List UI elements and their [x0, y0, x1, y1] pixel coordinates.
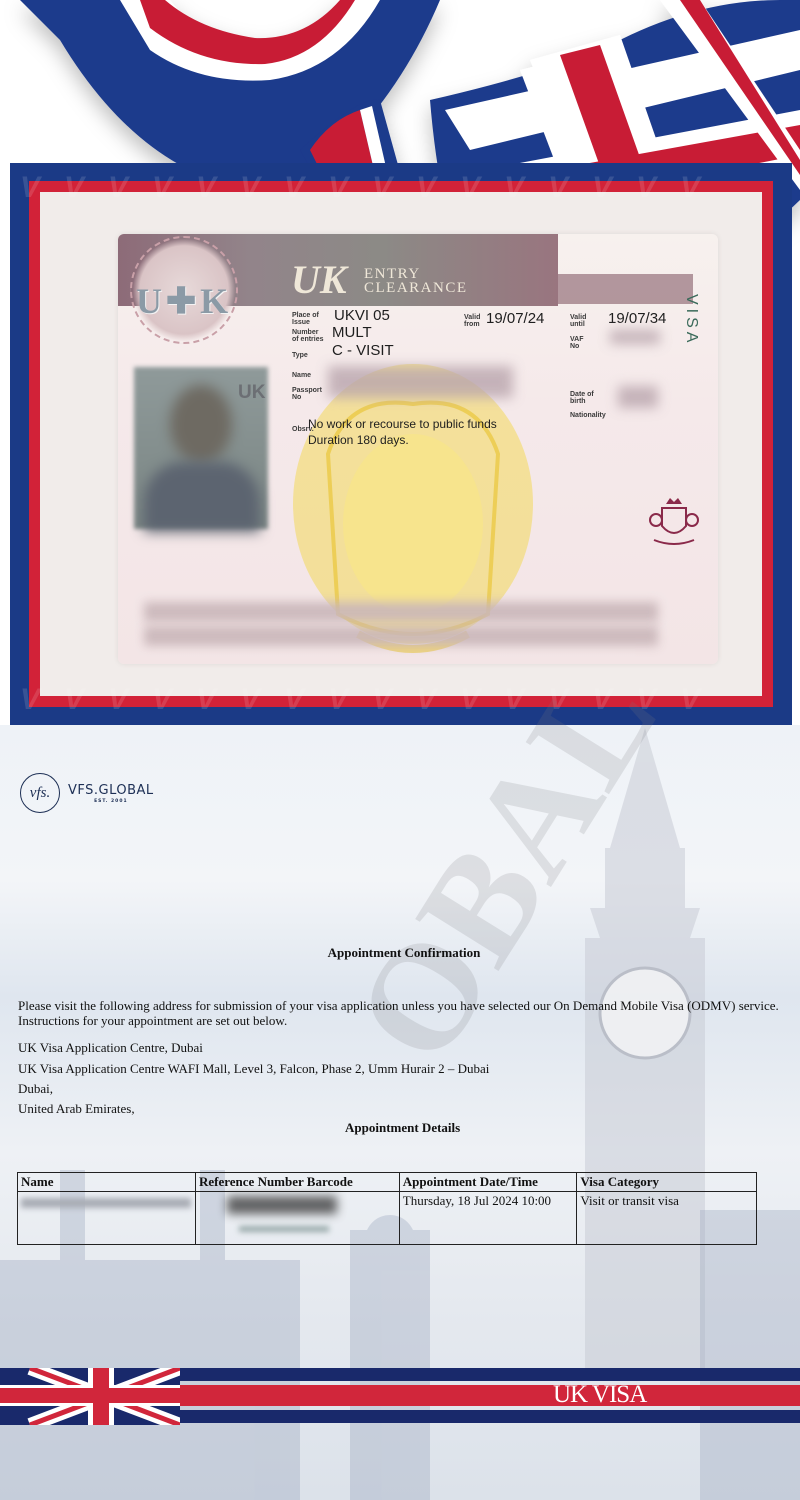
label-date-of-birth: Date of birth — [570, 391, 598, 405]
visa-title: ENTRY CLEARANCE — [364, 267, 468, 295]
vfs-global-logo: vfs. VFS.GLOBAL EST. 2001 — [20, 773, 154, 813]
value-number-of-entries: MULT — [332, 324, 372, 341]
cell-name-redacted — [18, 1192, 196, 1245]
label-place-of-issue: Place of Issue — [292, 312, 322, 326]
visa-header-band — [558, 274, 693, 304]
label-valid-until: Valid until — [570, 314, 594, 328]
cell-visa-category: Visit or transit visa — [577, 1192, 757, 1245]
value-valid-until: 19/07/34 — [608, 310, 666, 327]
union-jack-flag-icon — [0, 1368, 180, 1425]
visa-country: UK — [291, 256, 347, 303]
label-passport-no: Passport No — [292, 387, 322, 401]
value-visa-type: C - VISIT — [332, 342, 394, 359]
column-header-name: Name — [18, 1173, 196, 1192]
redacted-vaf-no — [610, 330, 660, 344]
label-valid-from: Valid from — [464, 314, 484, 328]
label-name: Name — [292, 372, 311, 379]
column-header-datetime: Appointment Date/Time — [399, 1173, 577, 1192]
cell-reference-barcode-redacted — [195, 1192, 399, 1245]
logo-name: VFS.GLOBAL — [68, 783, 154, 798]
cell-appointment-datetime: Thursday, 18 Jul 2024 10:00 — [399, 1192, 577, 1245]
page-title: Appointment Confirmation — [0, 945, 800, 961]
visa-side-text: VISA — [682, 294, 700, 346]
logo-established: EST. 2001 — [68, 799, 154, 804]
redacted-mrz-line-1 — [144, 602, 658, 622]
photo-uk-stamp: UK — [238, 382, 265, 404]
appointment-table: Name Reference Number Barcode Appointmen… — [17, 1172, 757, 1245]
uk-hologram-letters: U✚K — [136, 280, 232, 322]
address-line-3: Dubai, — [18, 1081, 53, 1097]
royal-crest-icon — [648, 496, 700, 548]
label-number-of-entries: Number of entries — [292, 329, 326, 343]
redacted-date-of-birth — [618, 386, 658, 408]
visa-observations: No work or recourse to public funds Dura… — [308, 416, 497, 448]
banner-label: UK VISA — [553, 1381, 646, 1409]
redacted-mrz-line-2 — [144, 626, 658, 646]
redacted-name-passport — [328, 366, 513, 398]
address-line-1: UK Visa Application Centre, Dubai — [18, 1040, 203, 1056]
value-valid-from: 19/07/24 — [486, 310, 544, 327]
intro-paragraph: Please visit the following address for s… — [18, 998, 788, 1028]
vfs-monogram-icon: vfs. — [20, 773, 60, 813]
label-nationality: Nationality — [570, 412, 606, 419]
address-line-4: United Arab Emirates, — [18, 1101, 135, 1117]
column-header-visa-category: Visa Category — [577, 1173, 757, 1192]
address-line-2: UK Visa Application Centre WAFI Mall, Le… — [18, 1061, 489, 1077]
frame-pattern: VVVVVVVVVVVVVVVV — [20, 171, 724, 205]
visa-sticker: U✚K UK ENTRY CLEARANCE UK Place of Issue… — [118, 234, 718, 664]
value-place-of-issue: UKVI 05 — [334, 307, 390, 324]
label-vaf-no: VAF No — [570, 336, 584, 350]
table-row: Thursday, 18 Jul 2024 10:00 Visit or tra… — [18, 1192, 757, 1245]
appointment-details-heading: Appointment Details — [345, 1120, 460, 1136]
label-type: Type — [292, 352, 308, 359]
column-header-reference: Reference Number Barcode — [195, 1173, 399, 1192]
table-header-row: Name Reference Number Barcode Appointmen… — [18, 1173, 757, 1192]
uk-visa-banner — [0, 1368, 800, 1425]
